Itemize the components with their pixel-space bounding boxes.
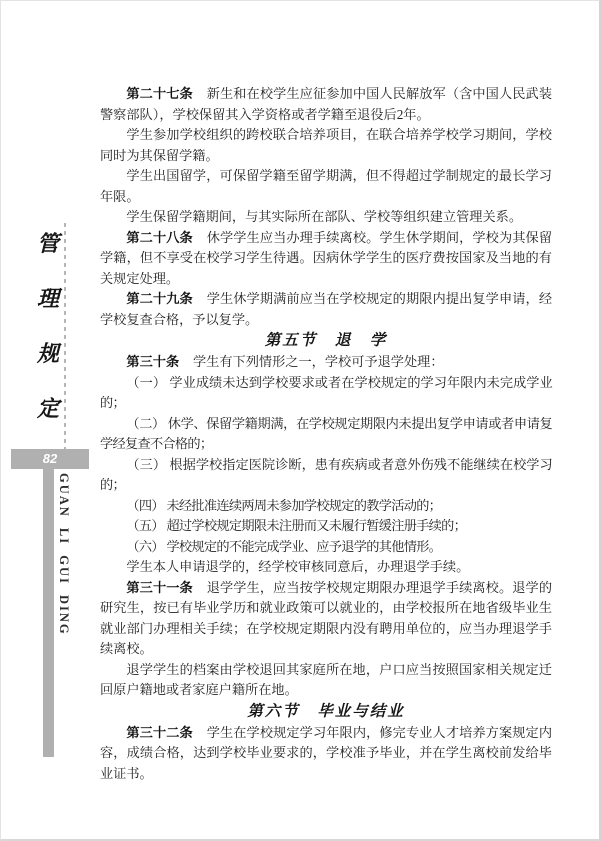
list-item-3: （三） 根据学校指定医院诊断，患有疾病或者意外伤残不能继续在校学习的； (100, 455, 552, 496)
paragraph: 学生出国留学，可保留学籍至留学期满，但不得超过学制规定的最长学习年限。 (100, 166, 552, 207)
article-32-number: 第三十二条 (126, 725, 192, 740)
page-number-badge: 82 (11, 449, 89, 469)
paragraph: 学生本人申请退学的，经学校审核同意后，办理退学手续。 (100, 557, 552, 578)
paragraph-text: 学生本人申请退学的，经学校审核同意后，办理退学手续。 (126, 559, 469, 574)
list-item-2: （二） 休学、保留学籍期满，在学校规定期限内未提出复学申请或者申请复学经复查不合… (100, 414, 552, 455)
sidebar-title-char: 规 (34, 342, 62, 366)
regulation-page: 管 理 规 定 82 GUAN LI GUI DING 第二十七条新生和在校学生… (0, 0, 601, 841)
article-31-paragraph: 第三十一条退学学生，应当按学校规定期限办理退学手续离校。退学的研究生，按已有毕业… (100, 578, 552, 660)
article-30-paragraph: 第三十条学生有下列情形之一，学校可予退学处理： (100, 352, 552, 373)
sidebar-title-char: 定 (34, 397, 62, 421)
sidebar-title-char: 管 (34, 232, 62, 256)
article-30-number: 第三十条 (126, 354, 179, 369)
article-32-paragraph: 第三十二条学生在学校规定学习年限内，修完专业人才培养方案规定内容，成绩合格，达到… (100, 723, 552, 785)
sidebar-dotted-divider (64, 223, 66, 451)
article-28-paragraph: 第二十八条休学学生应当办理手续离校。学生休学期间，学校为其保留学籍，但不享受在校… (100, 228, 552, 290)
sidebar-title-char: 理 (34, 287, 62, 311)
list-item-1: （一） 学业成绩未达到学校要求或者在学校规定的学习年限内未完成学业的； (100, 373, 552, 414)
sidebar-vertical-title: 管 理 规 定 (34, 232, 62, 421)
article-27-paragraph: 第二十七条新生和在校学生应征参加中国人民解放军（含中国人民武装警察部队），学校保… (100, 84, 552, 125)
paragraph: 退学学生的档案由学校退回其家庭所在地，户口应当按照国家相关规定迁回原户籍地或者家… (100, 660, 552, 701)
article-31-number: 第三十一条 (126, 580, 192, 595)
paragraph-text: 学生参加学校组织的跨校联合培养项目，在联合培养学校学习期间，学校同时为其保留学籍… (100, 127, 552, 163)
section-6-heading: 第六节 毕业与结业 (100, 701, 552, 723)
document-body: 第二十七条新生和在校学生应征参加中国人民解放军（含中国人民武装警察部队），学校保… (100, 84, 552, 784)
section-5-heading: 第五节 退 学 (100, 330, 552, 352)
sidebar-pinyin-title: GUAN LI GUI DING (56, 473, 71, 643)
list-item-5: （五） 超过学校规定期限未注册而又未履行暂缓注册手续的； (100, 516, 552, 537)
article-28-number: 第二十八条 (126, 230, 192, 245)
paragraph: 学生参加学校组织的跨校联合培养项目，在联合培养学校学习期间，学校同时为其保留学籍… (100, 125, 552, 166)
article-30-text: 学生有下列情形之一，学校可予退学处理： (193, 354, 444, 369)
paragraph-text: 退学学生的档案由学校退回其家庭所在地，户口应当按照国家相关规定迁回原户籍地或者家… (100, 662, 552, 698)
paragraph-text: 学生出国留学，可保留学籍至留学期满，但不得超过学制规定的最长学习年限。 (100, 168, 552, 204)
article-29-number: 第二十九条 (126, 291, 192, 306)
list-item-4: （四） 未经批准连续两周未参加学校规定的教学活动的； (100, 496, 552, 517)
paragraph: 学生保留学籍期间，与其实际所在部队、学校等组织建立管理关系。 (100, 207, 552, 228)
article-27-number: 第二十七条 (126, 86, 192, 101)
article-29-paragraph: 第二十九条学生休学期满前应当在学校规定的期限内提出复学申请，经学校复查合格，予以… (100, 289, 552, 330)
sidebar-gray-bar (43, 469, 54, 757)
paragraph-text: 学生保留学籍期间，与其实际所在部队、学校等组织建立管理关系。 (126, 209, 522, 224)
list-item-6: （六） 学校规定的不能完成学业、应予退学的其他情形。 (100, 537, 552, 558)
